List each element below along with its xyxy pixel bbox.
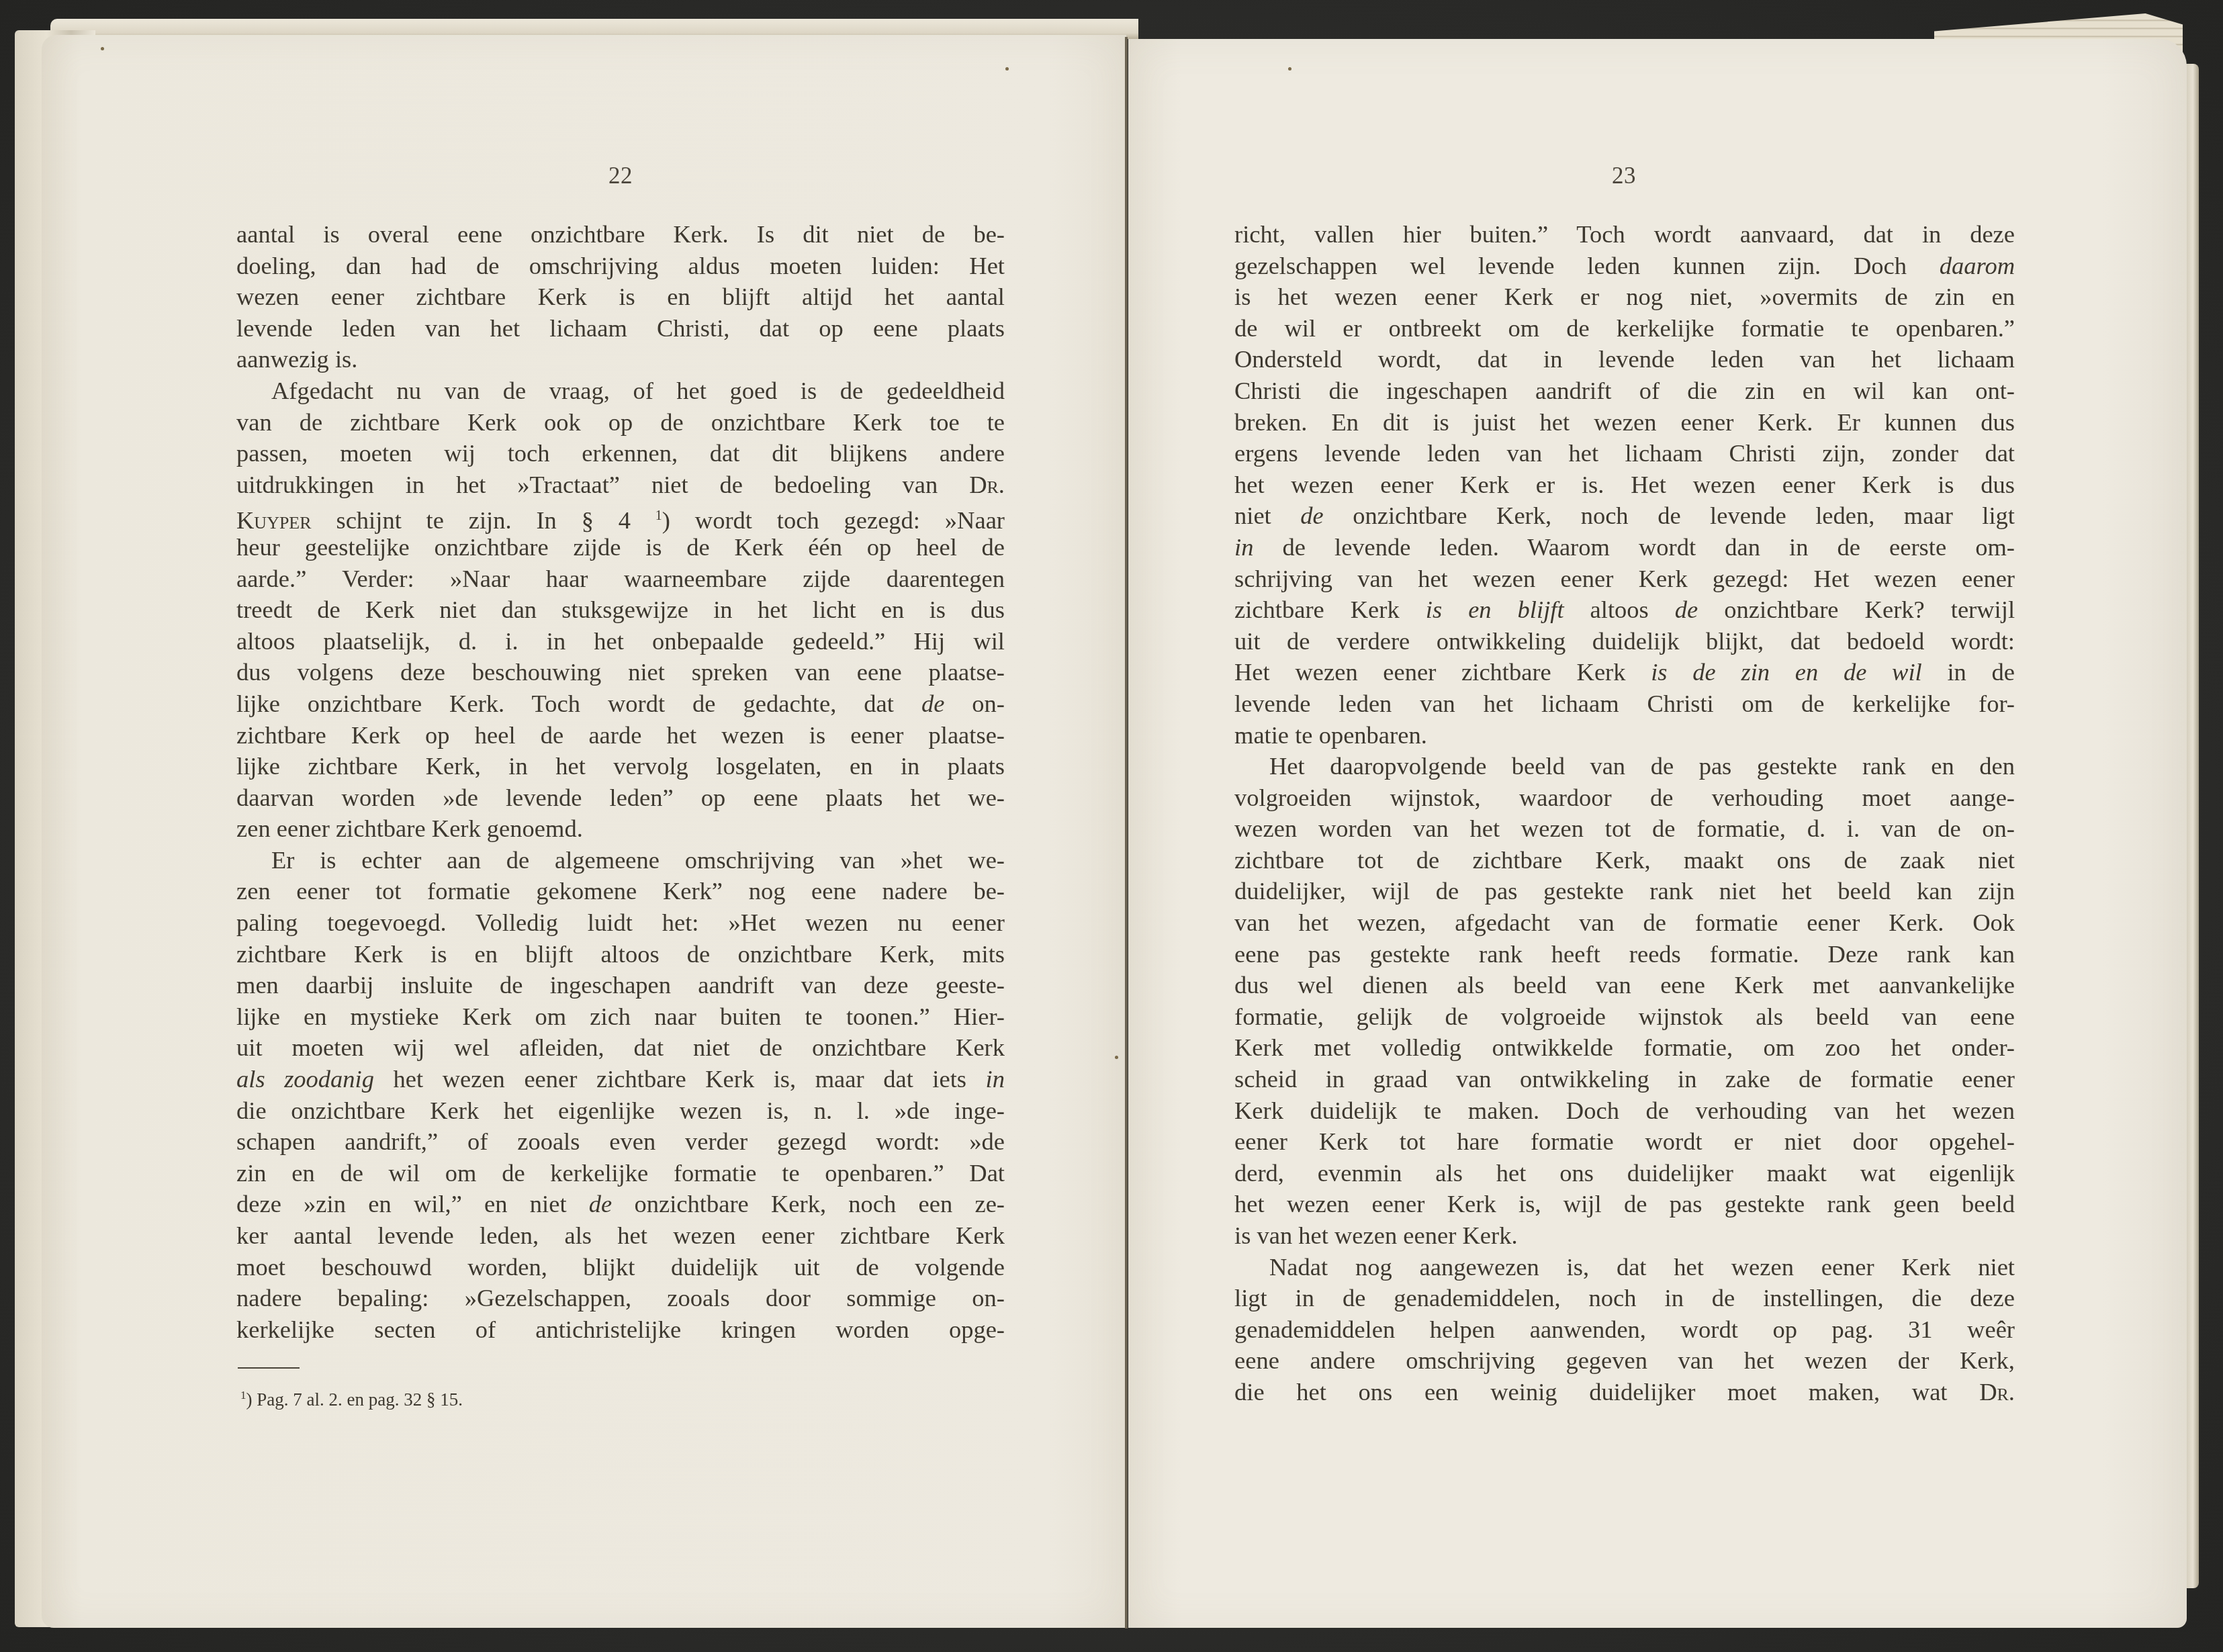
text-line: Ondersteld wordt, dat in levende leden v…	[1234, 344, 2015, 375]
text-line: als zoodanig het wezen eener zichtbare K…	[236, 1064, 1005, 1095]
book-gutter	[1125, 37, 1128, 1628]
text-line: deze »zin en wil,” en niet de onzichtbar…	[236, 1189, 1005, 1220]
text-line: zichtbare Kerk op heel de aarde het weze…	[236, 720, 1005, 751]
text-line: is van het wezen eener Kerk.	[1234, 1220, 2015, 1252]
text-line: van de zichtbare Kerk ook op de onzichtb…	[236, 407, 1005, 439]
footnote-divider	[238, 1367, 300, 1369]
text-line: ker aantal levende leden, als het wezen …	[236, 1220, 1005, 1252]
text-line: scheid in graad van ontwikkeling in zake…	[1234, 1064, 2015, 1095]
text-line: wezen worden van het wezen tot de format…	[1234, 813, 2015, 845]
text-line: Kerk met volledig ontwikkelde formatie, …	[1234, 1032, 2015, 1064]
text-line: eene pas gestekte rank heeft reeds forma…	[1234, 939, 2015, 970]
text-line: die onzichtbare Kerk het eigenlijke weze…	[236, 1095, 1005, 1127]
text-line: zichtbare Kerk is en blijft altoos de on…	[236, 939, 1005, 970]
text-line: eener Kerk tot hare formatie wordt er ni…	[1234, 1126, 2015, 1158]
text-line: altoos plaatselijk, d. i. in het onbepaa…	[236, 626, 1005, 657]
text-line: Afgedacht nu van de vraag, of het goed i…	[236, 375, 1005, 407]
text-line: aantal is overal eene onzichtbare Kerk. …	[236, 219, 1005, 250]
text-line: dus volgens deze beschouwing niet spreke…	[236, 657, 1005, 688]
text-line: het wezen eener Kerk is, wijl de pas ges…	[1234, 1189, 2015, 1220]
text-line: formatie, gelijk de volgroeide wijnstok …	[1234, 1001, 2015, 1033]
text-line: daarvan worden »de levende leden” op een…	[236, 782, 1005, 814]
text-line: is het wezen eener Kerk er nog niet, »ov…	[1234, 281, 2015, 313]
text-line: het wezen eener Kerk er is. Het wezen ee…	[1234, 469, 2015, 501]
text-line: nadere bepaling: »Gezelschappen, zooals …	[236, 1283, 1005, 1314]
text-line: zin en de wil om de kerkelijke formatie …	[236, 1158, 1005, 1189]
right-page-body: richt, vallen hier buiten.” Toch wordt a…	[1234, 219, 2015, 1408]
text-line: van het wezen, afgedacht van de formatie…	[1234, 907, 2015, 939]
text-line: ergens levende leden van het lichaam Chr…	[1234, 438, 2015, 469]
text-line: richt, vallen hier buiten.” Toch wordt a…	[1234, 219, 2015, 250]
text-line: derd, evenmin als het ons duidelijker ma…	[1234, 1158, 2015, 1189]
text-line: schrijving van het wezen eener Kerk geze…	[1234, 563, 2015, 595]
text-line: lijke en mystieke Kerk om zich naar buit…	[236, 1001, 1005, 1033]
text-line: aarde.” Verder: »Naar haar waarneembare …	[236, 563, 1005, 595]
text-line: genademiddelen helpen aanwenden, wordt o…	[1234, 1314, 2015, 1346]
text-line: Nadat nog aangewezen is, dat het wezen e…	[1234, 1252, 2015, 1283]
footnote-text: ) Pag. 7 al. 2. en pag. 32 § 15.	[246, 1389, 463, 1410]
text-line: niet de onzichtbare Kerk, noch de levend…	[1234, 500, 2015, 532]
text-line: Het wezen eener zichtbare Kerk is de zin…	[1234, 657, 2015, 688]
text-line: Kuyper schijnt te zijn. In § 4 1) wordt …	[236, 500, 1005, 532]
text-line: Christi die ingeschapen aandrift of die …	[1234, 375, 2015, 407]
page-number-left: 22	[608, 163, 633, 189]
text-line: schapen aandrift,” of zooals even verder…	[236, 1126, 1005, 1158]
text-line: paling toegevoegd. Volledig luidt het: »…	[236, 907, 1005, 939]
text-line: gezelschappen wel levende leden kunnen z…	[1234, 250, 2015, 282]
text-line: men daarbij insluite de ingeschapen aand…	[236, 970, 1005, 1001]
text-line: levende leden van het lichaam Christi om…	[1234, 688, 2015, 720]
left-page-body: aantal is overal eene onzichtbare Kerk. …	[236, 219, 1005, 1345]
text-line: dus wel dienen als beeld van eene Kerk m…	[1234, 970, 2015, 1001]
paper-speck	[1005, 67, 1009, 71]
text-line: breken. En dit is juist het wezen eener …	[1234, 407, 2015, 439]
text-line: moet beschouwd worden, blijkt duidelijk …	[236, 1252, 1005, 1283]
text-line: lijke zichtbare Kerk, in het vervolg los…	[236, 751, 1005, 782]
text-line: in de levende leden. Waarom wordt dan in…	[1234, 532, 2015, 563]
text-line: passen, moeten wij toch erkennen, dat di…	[236, 438, 1005, 469]
text-line: zichtbare tot de zichtbare Kerk, maakt o…	[1234, 845, 2015, 876]
text-line: treedt de Kerk niet dan stuksgewijze in …	[236, 594, 1005, 626]
text-line: doeling, dan had de omschrijving aldus m…	[236, 250, 1005, 282]
text-line: zen eener zichtbare Kerk genoemd.	[236, 813, 1005, 845]
text-line: uitdrukkingen in het »Tractaat” niet de …	[236, 469, 1005, 501]
paper-speck	[101, 47, 104, 50]
text-line: de wil er ontbreekt om de kerkelijke for…	[1234, 313, 2015, 345]
text-line: volgroeiden wijnstok, waardoor de verhou…	[1234, 782, 2015, 814]
footnote: 1) Pag. 7 al. 2. en pag. 32 § 15.	[240, 1389, 463, 1410]
paper-speck	[1288, 67, 1291, 71]
text-line: matie te openbaren.	[1234, 720, 2015, 751]
text-line: duidelijker, wijl de pas gestekte rank n…	[1234, 876, 2015, 907]
text-line: lijke onzichtbare Kerk. Toch wordt de ge…	[236, 688, 1005, 720]
text-line: levende leden van het lichaam Christi, d…	[236, 313, 1005, 345]
text-line: uit moeten wij wel afleiden, dat niet de…	[236, 1032, 1005, 1064]
text-line: Kerk duidelijk te maken. Doch de verhoud…	[1234, 1095, 2015, 1127]
text-line: die het ons een weinig duidelijker moet …	[1234, 1377, 2015, 1408]
text-line: kerkelijke secten of antichristelijke kr…	[236, 1314, 1005, 1346]
text-line: Er is echter aan de algemeene omschrijvi…	[236, 845, 1005, 876]
paper-speck	[1115, 1056, 1118, 1059]
text-line: heur geestelijke onzichtbare zijde is de…	[236, 532, 1005, 563]
text-line: wezen eener zichtbare Kerk is en blijft …	[236, 281, 1005, 313]
text-line: eene andere omschrijving gegeven van het…	[1234, 1345, 2015, 1377]
text-line: zen eener tot formatie gekomene Kerk” no…	[236, 876, 1005, 907]
text-line: aanwezig is.	[236, 344, 1005, 375]
text-line: Het daaropvolgende beeld van de pas gest…	[1234, 751, 2015, 782]
page-number-right: 23	[1612, 163, 1636, 189]
text-line: uit de verdere ontwikkeling duidelijk bl…	[1234, 626, 2015, 657]
footnote-marker: 1	[240, 1389, 246, 1402]
text-line: zichtbare Kerk is en blijft altoos de on…	[1234, 594, 2015, 626]
text-line: ligt in de genademiddelen, noch in de in…	[1234, 1283, 2015, 1314]
